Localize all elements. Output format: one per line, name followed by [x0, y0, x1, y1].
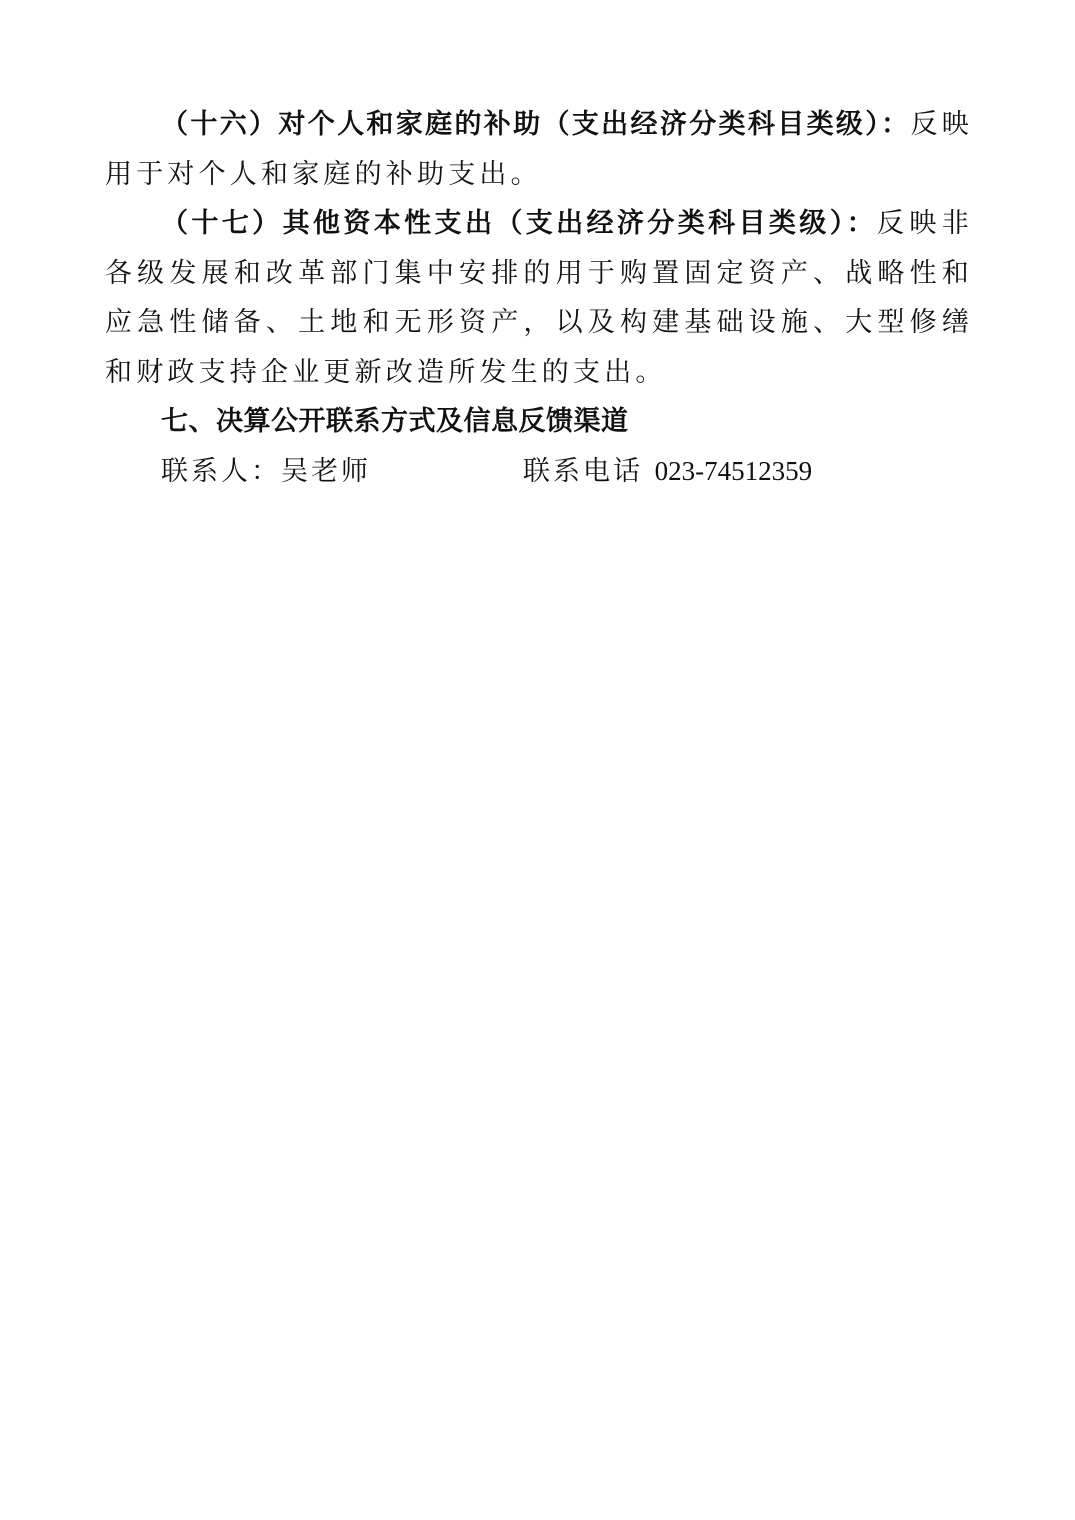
definition-item-17: （十七）其他资本性支出（支出经济分类科目类级）：反映非各级发展和改革部门集中安排… [105, 199, 973, 397]
contact-person-name: 吴老师 [281, 456, 371, 487]
contact-phone: 联系电话 023-74512359 [523, 447, 812, 497]
contact-phone-label: 联系电话 [523, 456, 643, 487]
definition-term: （十七）其他资本性支出（支出经济分类科目类级）： [161, 208, 877, 239]
contact-person: 联系人：吴老师 [161, 447, 523, 497]
contact-phone-number: 023-74512359 [655, 456, 813, 486]
contact-person-label: 联系人： [161, 456, 281, 487]
section-heading-contact: 七、决算公开联系方式及信息反馈渠道 [105, 397, 973, 447]
definition-item-16: （十六）对个人和家庭的补助（支出经济分类科目类级）：反映用于对个人和家庭的补助支… [105, 100, 973, 199]
definition-term: （十六）对个人和家庭的补助（支出经济分类科目类级）： [161, 109, 910, 140]
document-page: （十六）对个人和家庭的补助（支出经济分类科目类级）：反映用于对个人和家庭的补助支… [105, 100, 973, 496]
contact-info: 联系人：吴老师 联系电话 023-74512359 [105, 447, 973, 497]
